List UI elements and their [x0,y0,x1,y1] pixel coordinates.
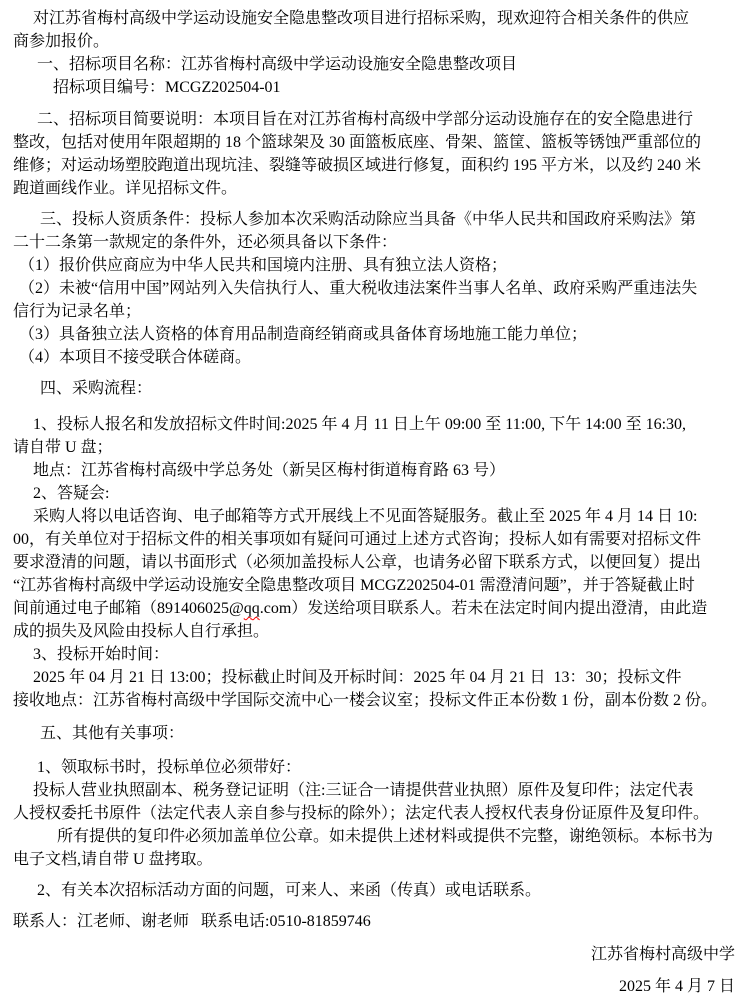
section1-project-name: 一、招标项目名称：江苏省梅村高级中学运动设施安全隐患整改项目 [13,53,743,76]
intro-line-1: 对江苏省梅村高级中学运动设施安全隐患整改项目进行招标采购，现欢迎符合相关条件的供… [13,7,743,30]
email-pre-text: 间前通过电子邮箱（891406025@ [13,600,244,617]
condition-2-line-2: 信行为记录名单； [13,300,743,323]
registration-time-line-2: 请自带 U 盘； [13,436,743,459]
qa-line-2: 00，有关单位对于招标文件的相关事项如有疑问可通过上述方式咨询；投标人如有需要对… [13,528,743,551]
qa-line-5-email: 间前通过电子邮箱（891406025@qq.com）发送给项目联系人。若未在法定… [13,597,743,620]
qa-line-6: 成的损失及风险由投标人自行承担。 [13,620,743,643]
registration-location: 地点：江苏省梅村高级中学总务处（新吴区梅村街道梅育路 63 号） [13,459,743,482]
section2-line-4: 跑道画线作业。详见招标文件。 [13,177,743,200]
bid-start-title: 3、投标开始时间： [13,643,743,666]
project-code-line: 招标项目编号：MCGZ202504-01 [13,76,743,99]
section3-line-1: 三、投标人资质条件：投标人参加本次采购活动除应当具备《中华人民共和国政府采购法》… [13,208,743,231]
section2-line-2: 整改，包括对使用年限超期的 18 个篮球架及 30 面篮板底座、骨架、篮筐、篮板… [13,131,743,154]
section2-line-1: 二、招标项目简要说明：本项目旨在对江苏省梅村高级中学部分运动设施存在的安全隐患进… [13,108,743,131]
qa-line-1: 采购人将以电话咨询、电子邮箱等方式开展线上不见面答疑服务。截止至 2025 年 … [13,505,743,528]
condition-1: （1）报价供应商应为中华人民共和国境内注册、具有独立法人资格； [13,254,743,277]
email-domain-squiggle: qq [244,600,260,617]
qa-meeting-title: 2、答疑会: [13,482,743,505]
section3-line-2: 二十二条第一款规定的条件外，还必须具备以下条件： [13,231,743,254]
bid-time-line-2: 接收地点：江苏省梅村高级中学国际交流中心一楼会议室；投标文件正本份数 1 份，副… [13,689,743,712]
item1-line-3: 所有提供的复印件必须加盖单位公章。如未提供上述材料或提供不完整，谢绝领标。本标书… [13,825,743,848]
tender-notice-document: 对江苏省梅村高级中学运动设施安全隐患整改项目进行招标采购，现欢迎符合相关条件的供… [0,0,755,998]
condition-2-line-1: （2）未被“信用中国”网站列入失信执行人、重大税收违法案件当事人名单、政府采购严… [13,277,743,300]
qa-line-4: “江苏省梅村高级中学运动设施安全隐患整改项目 MCGZ202504-01 需澄清… [13,574,743,597]
item1-line-2: 人授权委托书原件（法定代表人亲自参与投标的除外）；法定代表人授权代表身份证原件及… [13,802,743,825]
signature-line: 江苏省梅村高级中学 [13,943,743,966]
item1-line-1: 投标人营业执照副本、税务登记证明（注:三证合一请提供营业执照）原件及复印件；法定… [13,779,743,802]
condition-4: （4）本项目不接受联合体磋商。 [13,346,743,369]
section4-title: 四、采购流程： [13,377,743,400]
item1-title: 1、领取标书时，投标单位必须带好： [13,756,743,779]
section5-title: 五、其他有关事项： [13,722,743,745]
date-line: 2025 年 4 月 7 日 [13,975,743,998]
condition-3: （3）具备独立法人资格的体育用品制造商经销商或具备体育场地施工能力单位； [13,323,743,346]
intro-line-2: 商参加报价。 [13,30,743,53]
contact-line: 联系人：江老师、谢老师 联系电话:0510-81859746 [13,910,743,933]
section2-line-3: 维修；对运动场塑胶跑道出现坑洼、裂缝等破损区域进行修复，面积约 195 平方米，… [13,154,743,177]
item1-line-4: 电子文档,请自带 U 盘拷取。 [13,848,743,871]
item2-line: 2、有关本次招标活动方面的问题，可来人、来函（传真）或电话联系。 [13,879,743,902]
qa-line-3: 要求澄清的问题，请以书面形式（必须加盖投标人公章，也请务必留下联系方式，以便回复… [13,551,743,574]
email-post-text: .com）发送给项目联系人。若未在法定时间内提出澄清，由此造 [260,600,708,617]
bid-time-line-1: 2025 年 04 月 21 日 13:00；投标截止时间及开标时间：2025 … [13,666,743,689]
registration-time-line-1: 1、投标人报名和发放招标文件时间:2025 年 4 月 11 日上午 09:00… [13,413,743,436]
